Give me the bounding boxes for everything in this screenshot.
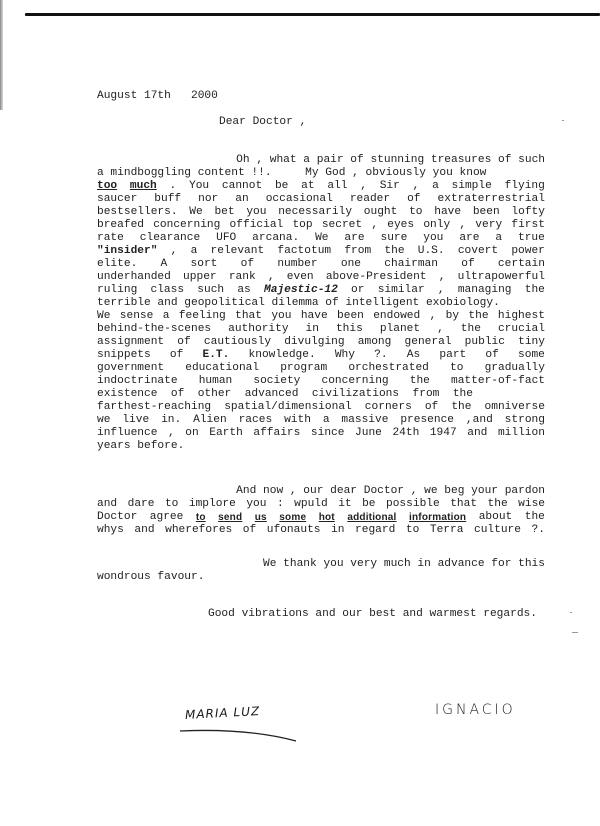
text-word: , bbox=[438, 284, 445, 297]
text-word: assignment bbox=[97, 336, 164, 349]
text-word: crucial bbox=[498, 323, 545, 336]
emphasized-text: some bbox=[279, 511, 306, 524]
text-run: terrible and geopolitical dilemma of int… bbox=[97, 297, 500, 310]
text-word: We bbox=[97, 310, 110, 323]
emphasized-text: send bbox=[218, 511, 242, 524]
text-word: 24th bbox=[392, 427, 419, 440]
text-word: educational bbox=[185, 362, 259, 375]
text-word: flying bbox=[505, 180, 545, 193]
text-word: We bbox=[189, 206, 202, 219]
text-line: snippetsofE.T.knowledge.Why?.Aspartofsom… bbox=[97, 349, 545, 362]
text-word: , bbox=[430, 310, 437, 323]
text-line: We thank you very much in advance for th… bbox=[97, 558, 545, 571]
emphasized-text: to bbox=[196, 511, 206, 524]
text-word: of bbox=[485, 349, 498, 362]
text-word: knowledge. bbox=[249, 349, 316, 362]
text-line: underhandedupperrank,evenabove-President… bbox=[97, 271, 545, 284]
text-word: in bbox=[306, 323, 319, 336]
text-word: culture bbox=[474, 524, 521, 537]
text-word: of bbox=[170, 349, 183, 362]
text-line: terrible and geopolitical dilemma of int… bbox=[97, 297, 545, 310]
text-word: spatial/dimensional bbox=[224, 401, 352, 414]
text-word: A bbox=[161, 258, 168, 271]
text-word: snippets bbox=[97, 349, 151, 362]
text-word: cannot bbox=[222, 180, 262, 193]
text-word: UFO bbox=[216, 232, 236, 245]
text-word: human bbox=[199, 375, 233, 388]
signature-underline bbox=[178, 726, 303, 746]
text-word: agree bbox=[150, 511, 184, 524]
text-line: saucerbuffnoranoccasionalreaderofextrate… bbox=[97, 193, 545, 206]
text-run: We thank you very much in advance for th… bbox=[263, 558, 545, 571]
text-word: 1947 bbox=[430, 427, 457, 440]
text-word: breafed bbox=[97, 219, 144, 232]
text-word: Doctor bbox=[97, 511, 137, 524]
text-line: bestsellers.Webetyounecessarilyoughttoha… bbox=[97, 206, 545, 219]
text-word: dare bbox=[128, 498, 155, 511]
text-word: of bbox=[241, 258, 254, 271]
signature-ignacio: IGNACIO bbox=[435, 702, 516, 718]
emphasized-text: information bbox=[409, 511, 466, 524]
text-word: Earth bbox=[209, 427, 243, 440]
text-word: ufonauts bbox=[267, 524, 321, 537]
text-word: that bbox=[450, 498, 477, 511]
text-word: such bbox=[197, 284, 224, 297]
text-word: of bbox=[425, 401, 438, 414]
text-word: the bbox=[384, 245, 404, 258]
scan-speck bbox=[562, 120, 564, 121]
text-word: by bbox=[446, 310, 459, 323]
text-word: to bbox=[450, 362, 463, 375]
text-word: official bbox=[230, 219, 284, 232]
text-word: , bbox=[439, 271, 446, 284]
text-word: feeling bbox=[179, 310, 226, 323]
text-word: one bbox=[341, 258, 361, 271]
text-line: farthest-reachingspatial/dimensionalcorn… bbox=[97, 401, 545, 414]
text-word: , bbox=[459, 219, 466, 232]
text-word: chairman bbox=[384, 258, 438, 271]
text-word: an bbox=[235, 193, 248, 206]
top-rule-line bbox=[25, 13, 600, 16]
text-word: ought bbox=[364, 206, 398, 219]
text-word: are bbox=[459, 232, 479, 245]
text-word: endowed bbox=[373, 310, 420, 323]
emphasized-text: much bbox=[130, 180, 157, 193]
text-word: , bbox=[268, 271, 275, 284]
text-word: bestsellers. bbox=[97, 206, 178, 219]
scan-speck bbox=[572, 632, 578, 633]
text-word: wise bbox=[518, 498, 545, 511]
signature-maria-luz: MARIA LUZ bbox=[185, 704, 261, 722]
text-word: wpuld bbox=[294, 498, 328, 511]
scan-edge-shadow bbox=[0, 0, 3, 110]
text-line: wondrous favour. bbox=[97, 571, 545, 584]
text-word: similar bbox=[378, 284, 425, 297]
text-word: As bbox=[407, 349, 420, 362]
text-word: clearance bbox=[140, 232, 200, 245]
text-run: a mindboggling content !!. My God , obvi… bbox=[97, 167, 486, 180]
text-word: We bbox=[315, 232, 328, 245]
text-word: the bbox=[461, 323, 481, 336]
text-word: program bbox=[280, 362, 327, 375]
text-word: arcana. bbox=[252, 232, 299, 245]
text-word: the bbox=[525, 511, 545, 524]
text-line: "insider",arelevantfactotumfromtheU.S.co… bbox=[97, 245, 545, 258]
text-line: governmenteducationalprogramorchestrated… bbox=[97, 362, 545, 375]
text-word: concerning bbox=[321, 375, 388, 388]
text-word: possible bbox=[386, 498, 440, 511]
text-word: Terra bbox=[430, 524, 464, 537]
text-word: at bbox=[301, 180, 314, 193]
text-word: general bbox=[405, 336, 452, 349]
text-word: Sir bbox=[380, 180, 400, 193]
text-word: been bbox=[473, 206, 500, 219]
text-word: all bbox=[327, 180, 347, 193]
text-word: lofty bbox=[511, 206, 545, 219]
emphasized-text: additional bbox=[347, 511, 396, 524]
text-word: a bbox=[495, 232, 502, 245]
text-word: authority bbox=[228, 323, 288, 336]
text-word: been bbox=[337, 310, 364, 323]
text-line: welivein.Alienraceswithamassivepresence,… bbox=[97, 414, 545, 427]
text-word: highest bbox=[498, 310, 545, 323]
text-word: be bbox=[275, 180, 288, 193]
text-line: influence,onEarthaffairssinceJune24th194… bbox=[97, 427, 545, 440]
text-word: , bbox=[168, 427, 175, 440]
text-word: Alien bbox=[193, 414, 227, 427]
text-word: omniverse bbox=[485, 401, 545, 414]
text-word: live bbox=[122, 414, 149, 427]
text-word: sense bbox=[120, 310, 154, 323]
text-word: since bbox=[311, 427, 345, 440]
text-word: among bbox=[358, 336, 392, 349]
text-word: in. bbox=[161, 414, 181, 427]
emphasized-text: E.T. bbox=[203, 349, 230, 362]
text-word: saucer bbox=[97, 193, 137, 206]
text-word: a bbox=[323, 414, 330, 427]
letter-paragraph-2: And now , our dear Doctor , we beg your … bbox=[97, 485, 545, 537]
text-line: existence of other advanced civilization… bbox=[97, 388, 545, 401]
text-word: implore bbox=[189, 498, 236, 511]
text-word: extraterrestrial bbox=[438, 193, 545, 206]
text-word: part bbox=[439, 349, 466, 362]
text-word: concerning bbox=[153, 219, 220, 232]
text-line: elite.Asortofnumberonechairmanofcertain bbox=[97, 258, 545, 271]
text-word: rank bbox=[229, 271, 256, 284]
text-word: cautiously bbox=[204, 336, 271, 349]
text-word: U.S. bbox=[418, 245, 445, 258]
text-word: upper bbox=[183, 271, 217, 284]
text-word: sort bbox=[191, 258, 218, 271]
text-word: ?. bbox=[374, 349, 387, 362]
letter-paragraph-1: Oh , what a pair of stunning treasures o… bbox=[97, 154, 545, 453]
text-word: number bbox=[277, 258, 317, 271]
text-line: whysandwhereforesofufonautsinregardtoTer… bbox=[97, 524, 545, 537]
text-word: influence bbox=[97, 427, 157, 440]
text-word: a bbox=[163, 310, 170, 323]
text-run: And now , our dear Doctor , we beg your … bbox=[236, 485, 545, 498]
text-word: that bbox=[235, 310, 262, 323]
text-word: : bbox=[277, 498, 284, 511]
text-word: behind-the-scenes bbox=[97, 323, 211, 336]
emphasized-text: "insider" bbox=[97, 245, 157, 258]
text-word: , bbox=[413, 180, 420, 193]
text-word: bet bbox=[214, 206, 234, 219]
text-line: And now , our dear Doctor , we beg your … bbox=[97, 485, 545, 498]
text-word: secret bbox=[322, 219, 362, 232]
text-word: necessarily bbox=[278, 206, 352, 219]
letter-paragraph-3: We thank you very much in advance for th… bbox=[97, 558, 545, 584]
text-word: of bbox=[407, 193, 420, 206]
text-word: be bbox=[362, 498, 375, 511]
text-word: ultrapowerful bbox=[458, 271, 545, 284]
text-word: society bbox=[253, 375, 300, 388]
text-word: and bbox=[97, 498, 117, 511]
emphasized-text: too bbox=[97, 180, 117, 193]
text-word: factotum bbox=[277, 245, 331, 258]
emphasized-text: Majestic-12 bbox=[264, 284, 338, 297]
letter-closing: Good vibrations and our best and warmest… bbox=[208, 608, 537, 621]
text-word: even bbox=[287, 271, 314, 284]
text-word: are bbox=[344, 232, 364, 245]
text-word: of bbox=[461, 258, 474, 271]
text-word: the bbox=[525, 284, 545, 297]
text-word: June bbox=[355, 427, 382, 440]
text-word: have bbox=[434, 206, 461, 219]
text-word: we bbox=[97, 414, 110, 427]
text-word: about bbox=[479, 511, 513, 524]
text-word: to bbox=[165, 498, 178, 511]
text-word: You bbox=[189, 180, 209, 193]
text-word: power bbox=[511, 245, 545, 258]
text-line: behind-the-scenesauthorityinthisplanet,t… bbox=[97, 323, 545, 336]
emphasized-text: us bbox=[255, 511, 267, 524]
text-word: to bbox=[409, 206, 422, 219]
scan-speck bbox=[570, 612, 572, 613]
text-word: regard bbox=[355, 524, 395, 537]
text-word: . bbox=[170, 180, 177, 193]
text-word: to bbox=[406, 524, 419, 537]
text-line: a mindboggling content !!. My God , obvi… bbox=[97, 167, 545, 180]
text-word: presence bbox=[400, 414, 454, 427]
text-run: existence of other advanced civilization… bbox=[97, 388, 473, 401]
text-word: affairs bbox=[253, 427, 300, 440]
text-word: with bbox=[284, 414, 311, 427]
text-word: farthest-reaching bbox=[97, 401, 211, 414]
text-word: you bbox=[246, 206, 266, 219]
text-word: you bbox=[246, 498, 266, 511]
text-word: the bbox=[451, 401, 471, 414]
emphasized-text: hot bbox=[319, 511, 335, 524]
text-line: assignmentofcautiouslydivulgingamonggene… bbox=[97, 336, 545, 349]
text-word: reader bbox=[350, 193, 390, 206]
text-word: the bbox=[488, 498, 508, 511]
text-word: true bbox=[518, 232, 545, 245]
text-word: the bbox=[468, 310, 488, 323]
text-run: Oh , what a pair of stunning treasures o… bbox=[236, 154, 545, 167]
text-word: underhanded bbox=[97, 271, 171, 284]
text-word: occasional bbox=[266, 193, 333, 206]
text-word: sure bbox=[380, 232, 407, 245]
text-line: Wesenseafeelingthatyouhavebeenendowed,by… bbox=[97, 310, 545, 323]
text-word: have bbox=[301, 310, 328, 323]
text-line: indoctrinatehumansocietyconcerningthemat… bbox=[97, 375, 545, 388]
text-word: wherefores bbox=[165, 524, 232, 537]
text-word: buff bbox=[154, 193, 181, 206]
text-word: gradually bbox=[485, 362, 545, 375]
text-word: ,and bbox=[466, 414, 493, 427]
text-word: indoctrinate bbox=[97, 375, 178, 388]
text-word: elite. bbox=[97, 258, 137, 271]
text-line: Oh , what a pair of stunning treasures o… bbox=[97, 154, 545, 167]
text-word: public bbox=[465, 336, 505, 349]
text-word: , bbox=[371, 219, 378, 232]
text-word: , bbox=[171, 245, 178, 258]
text-line: rateclearanceUFOarcana.Wearesureyouareat… bbox=[97, 232, 545, 245]
text-line: breafedconcerningofficialtopsecret,eyeso… bbox=[97, 219, 545, 232]
text-word: first bbox=[511, 219, 545, 232]
text-word: corners bbox=[365, 401, 412, 414]
text-line: toomuch.Youcannotbeatall,Sir,asimpleflyi… bbox=[97, 180, 545, 193]
text-word: and bbox=[134, 524, 154, 537]
text-word: top bbox=[292, 219, 312, 232]
text-word: matter-of-fact bbox=[451, 375, 545, 388]
text-word: the bbox=[410, 375, 430, 388]
text-line: rulingclasssuchasMajestic-12orsimilar,ma… bbox=[97, 284, 545, 297]
text-word: divulging bbox=[284, 336, 344, 349]
text-word: or bbox=[351, 284, 364, 297]
text-line: Doctoragreetosendussomehotadditionalinfo… bbox=[97, 511, 545, 524]
text-word: only bbox=[423, 219, 450, 232]
text-word: in bbox=[331, 524, 344, 537]
text-word: tiny bbox=[518, 336, 545, 349]
text-word: eyes bbox=[387, 219, 414, 232]
letter-date: August 17th 2000 bbox=[97, 90, 218, 103]
letter-salutation: Dear Doctor , bbox=[219, 116, 306, 129]
text-word: covert bbox=[458, 245, 498, 258]
text-word: million bbox=[498, 427, 545, 440]
text-word: nor bbox=[198, 193, 218, 206]
text-word: you bbox=[423, 232, 443, 245]
text-word: a bbox=[191, 245, 198, 258]
text-run: years before. bbox=[97, 440, 184, 453]
text-word: class bbox=[151, 284, 185, 297]
text-word: on bbox=[185, 427, 198, 440]
text-word: relevant bbox=[210, 245, 264, 258]
text-word: you bbox=[271, 310, 291, 323]
text-word: orchestrated bbox=[348, 362, 429, 375]
text-run: wondrous favour. bbox=[97, 571, 204, 584]
text-word: of bbox=[177, 336, 190, 349]
text-line: years before. bbox=[97, 440, 545, 453]
text-word: and bbox=[467, 427, 487, 440]
text-word: ?. bbox=[532, 524, 545, 537]
text-word: rate bbox=[97, 232, 124, 245]
text-word: some bbox=[518, 349, 545, 362]
text-word: this bbox=[336, 323, 363, 336]
text-word: a bbox=[432, 180, 439, 193]
text-word: it bbox=[338, 498, 351, 511]
text-word: very bbox=[475, 219, 502, 232]
text-word: of bbox=[243, 524, 256, 537]
text-word: strong bbox=[505, 414, 545, 427]
text-word: as bbox=[237, 284, 250, 297]
text-word: Why bbox=[335, 349, 355, 362]
text-word: government bbox=[97, 362, 164, 375]
text-line: anddaretoimploreyou:wpulditbepossibletha… bbox=[97, 498, 545, 511]
text-word: ruling bbox=[97, 284, 137, 297]
text-word: races bbox=[239, 414, 273, 427]
text-word: , bbox=[437, 323, 444, 336]
text-word: certain bbox=[498, 258, 545, 271]
text-word: from bbox=[344, 245, 371, 258]
text-word: simple bbox=[452, 180, 492, 193]
text-word: above-President bbox=[326, 271, 427, 284]
text-word: managing bbox=[458, 284, 512, 297]
text-word: , bbox=[360, 180, 367, 193]
text-word: planet bbox=[380, 323, 420, 336]
text-word: massive bbox=[341, 414, 388, 427]
text-word: whys bbox=[97, 524, 124, 537]
